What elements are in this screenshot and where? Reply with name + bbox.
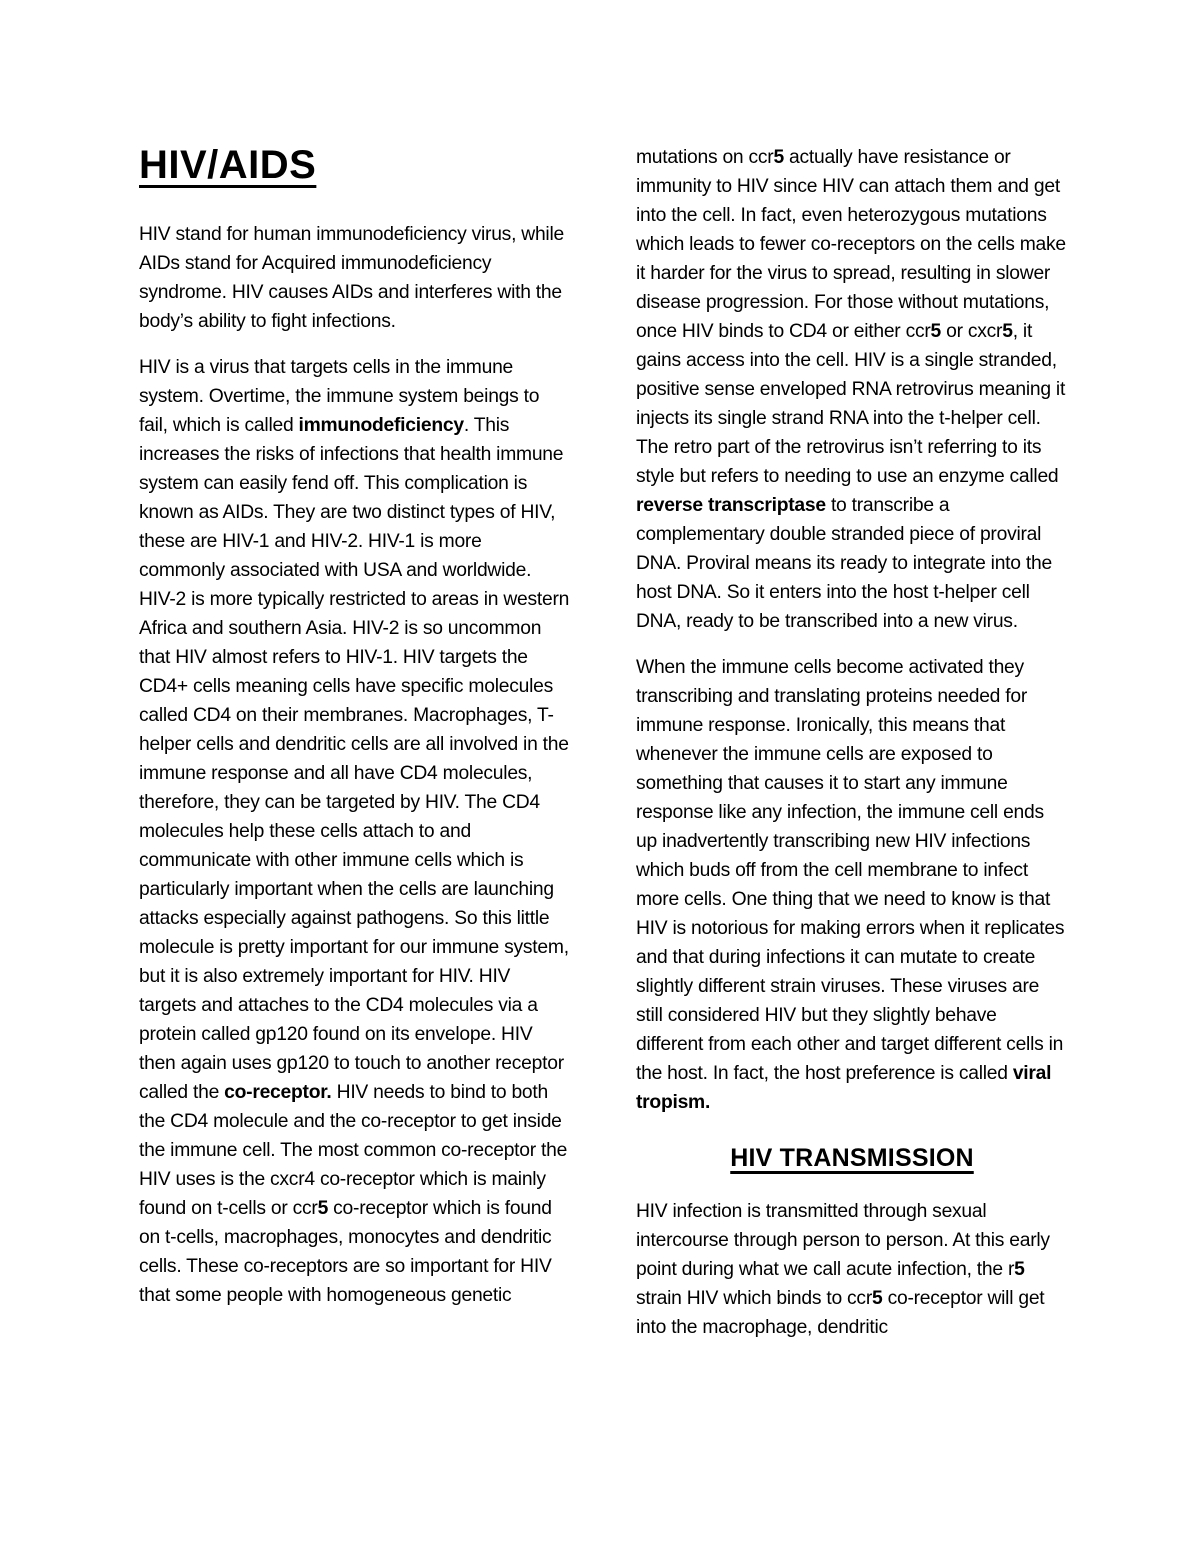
- bold-text-run: 5: [931, 321, 941, 342]
- paragraph: HIV stand for human immunodeficiency vir…: [139, 220, 571, 336]
- text-run: HIV stand for human immunodeficiency vir…: [139, 224, 564, 332]
- text-run: . This increases the risks of infections…: [139, 415, 569, 1103]
- bold-text-run: 5: [1014, 1259, 1024, 1280]
- text-run: actually have resistance or immunity to …: [636, 147, 1066, 342]
- text-run: mutations on ccr: [636, 147, 773, 168]
- right-column-text: mutations on ccr5 actually have resistan…: [636, 143, 1068, 1342]
- bold-text-run: 5: [1002, 321, 1012, 342]
- paragraph: HIV is a virus that targets cells in the…: [139, 353, 571, 1310]
- left-column: HIV/AIDS HIV stand for human immunodefic…: [139, 143, 571, 1327]
- text-run: or cxcr: [941, 321, 1002, 342]
- right-column: mutations on ccr5 actually have resistan…: [636, 143, 1068, 1359]
- section-heading: HIV TRANSMISSION: [636, 1144, 1068, 1173]
- bold-text-run: 5: [773, 147, 783, 168]
- text-run: , it gains access into the cell. HIV is …: [636, 321, 1065, 487]
- left-column-text: HIV stand for human immunodeficiency vir…: [139, 220, 571, 1310]
- bold-text-run: HIV TRANSMISSION: [730, 1144, 974, 1172]
- document-page: HIV/AIDS HIV stand for human immunodefic…: [0, 0, 1200, 1553]
- bold-text-run: 5: [318, 1198, 328, 1219]
- document-title: HIV/AIDS: [139, 143, 571, 188]
- bold-text-run: co-receptor.: [224, 1082, 331, 1103]
- bold-text-run: reverse transcriptase: [636, 495, 826, 516]
- text-run: HIV infection is transmitted through sex…: [636, 1201, 1050, 1280]
- paragraph: HIV infection is transmitted through sex…: [636, 1197, 1068, 1342]
- paragraph: When the immune cells become activated t…: [636, 653, 1068, 1117]
- bold-text-run: immunodeficiency: [299, 415, 464, 436]
- bold-text-run: 5: [872, 1288, 882, 1309]
- text-run: When the immune cells become activated t…: [636, 657, 1064, 1084]
- paragraph: mutations on ccr5 actually have resistan…: [636, 143, 1068, 636]
- text-run: strain HIV which binds to ccr: [636, 1288, 872, 1309]
